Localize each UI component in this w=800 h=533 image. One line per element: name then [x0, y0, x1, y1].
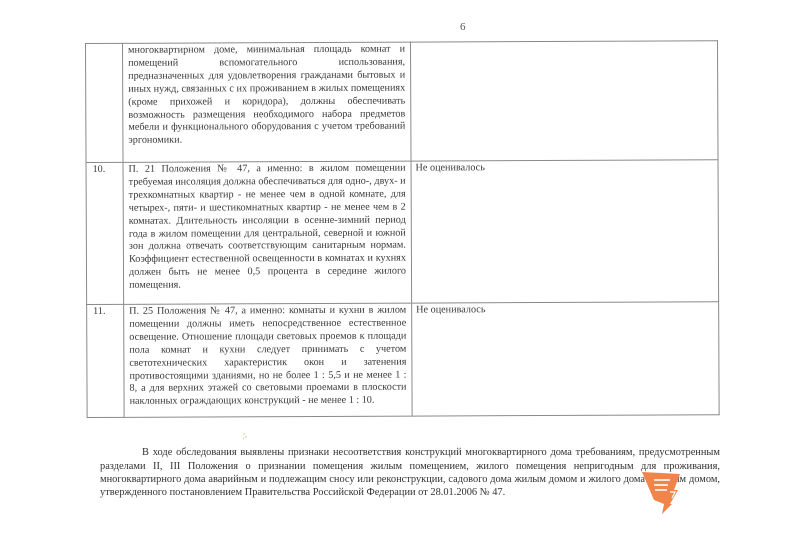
assessment-result: Не оценивалось	[411, 160, 719, 303]
requirement-text: многоквартирном доме, минимальная площад…	[123, 42, 412, 162]
requirement-text: П. 21 Положения № 47, а именно: в жилом …	[123, 161, 412, 304]
requirement-text: П. 25 Положения № 47, а именно: комнаты …	[124, 303, 412, 417]
table-row: 10. П. 21 Положения № 47, а именно: в жи…	[86, 160, 719, 305]
orange-logo-icon	[640, 470, 684, 516]
assessment-result: Не оценивалось	[412, 302, 719, 416]
assessment-result	[410, 41, 718, 161]
row-number: 10.	[86, 162, 124, 304]
page-number: 6	[460, 21, 466, 33]
scan-artifact-icon	[242, 432, 248, 440]
row-number	[86, 43, 124, 162]
conclusion-paragraph: В ходе обследования выявлены признаки не…	[100, 446, 720, 499]
table-row: 11. П. 25 Положения № 47, а именно: комн…	[87, 302, 719, 418]
row-number: 11.	[87, 304, 124, 417]
table-row: многоквартирном доме, минимальная площад…	[86, 41, 719, 163]
requirements-table: многоквартирном доме, минимальная площад…	[85, 40, 720, 418]
